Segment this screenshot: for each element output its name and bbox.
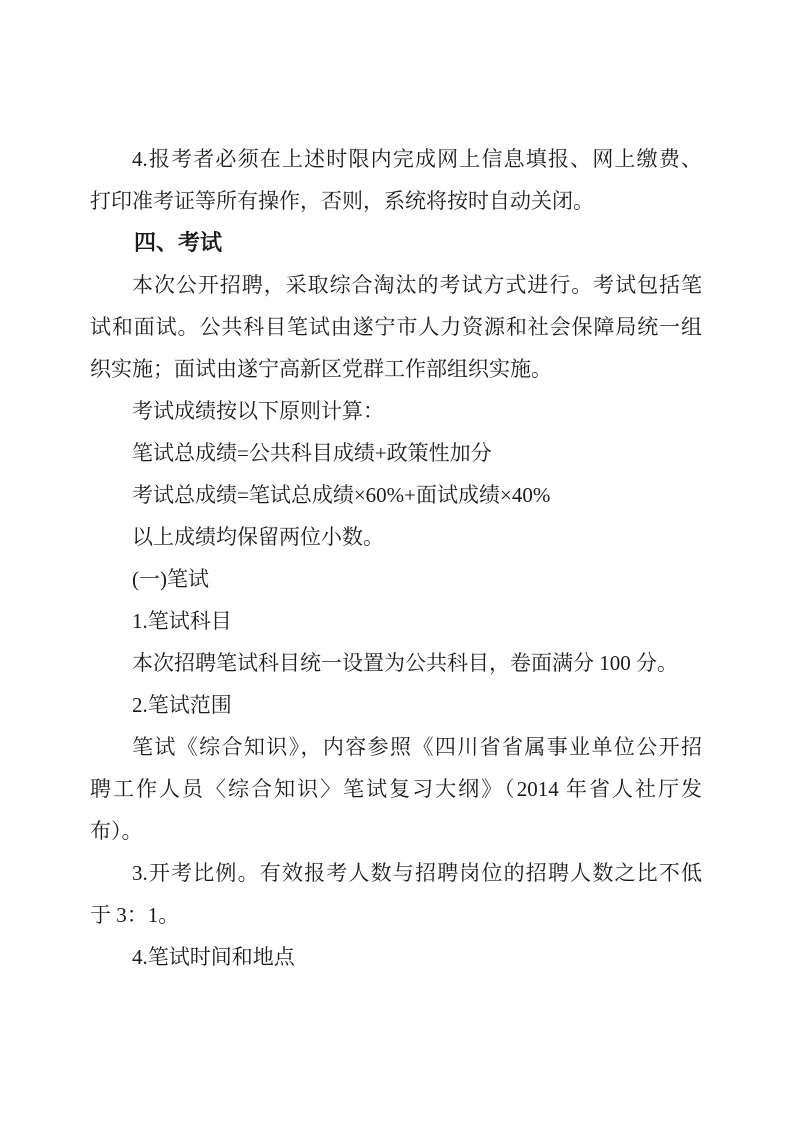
text-line: 聘工作人员〈综合知识〉笔试复习大纲》（2014 年省人社厅发 <box>90 768 702 810</box>
text-line: 织实施；面试由遂宁高新区党群工作部组织实施。 <box>90 348 702 390</box>
paragraph: 以上成绩均保留两位小数。 <box>90 516 702 558</box>
paragraph: 考试总成绩=笔试总成绩×60%+面试成绩×40% <box>90 474 702 516</box>
text-line: 考试总成绩=笔试总成绩×60%+面试成绩×40% <box>90 474 702 516</box>
text-line: 打印准考证等所有操作，否则，系统将按时自动关闭。 <box>90 180 702 222</box>
paragraph: 考试成绩按以下原则计算： <box>90 390 702 432</box>
text-line: 笔试总成绩=公共科目成绩+政策性加分 <box>90 432 702 474</box>
text-line: 4.笔试时间和地点 <box>90 936 702 978</box>
paragraph: 笔试《综合知识》，内容参照《四川省省属事业单位公开招聘工作人员〈综合知识〉笔试复… <box>90 726 702 852</box>
paragraph: 本次公开招聘，采取综合淘汰的考试方式进行。考试包括笔试和面试。公共科目笔试由遂宁… <box>90 264 702 390</box>
paragraph: 笔试总成绩=公共科目成绩+政策性加分 <box>90 432 702 474</box>
text-line: 本次公开招聘，采取综合淘汰的考试方式进行。考试包括笔 <box>90 264 702 306</box>
paragraph: 3.开考比例。有效报考人数与招聘岗位的招聘人数之比不低于 3：1。 <box>90 852 702 936</box>
text-line: (一)笔试 <box>90 558 702 600</box>
text-line: 1.笔试科目 <box>90 600 702 642</box>
text-line: 四、考试 <box>90 222 702 264</box>
text-line: 试和面试。公共科目笔试由遂宁市人力资源和社会保障局统一组 <box>90 306 702 348</box>
paragraph: (一)笔试 <box>90 558 702 600</box>
text-line: 布）。 <box>90 810 702 852</box>
paragraph: 2.笔试范围 <box>90 684 702 726</box>
document-page: 4.报考者必须在上述时限内完成网上信息填报、网上缴费、打印准考证等所有操作，否则… <box>0 0 793 1122</box>
document-body: 4.报考者必须在上述时限内完成网上信息填报、网上缴费、打印准考证等所有操作，否则… <box>90 138 702 978</box>
text-line: 笔试《综合知识》，内容参照《四川省省属事业单位公开招 <box>90 726 702 768</box>
text-line: 以上成绩均保留两位小数。 <box>90 516 702 558</box>
paragraph: 4.笔试时间和地点 <box>90 936 702 978</box>
text-line: 3.开考比例。有效报考人数与招聘岗位的招聘人数之比不低 <box>90 852 702 894</box>
text-line: 于 3：1。 <box>90 894 702 936</box>
text-line: 2.笔试范围 <box>90 684 702 726</box>
text-line: 4.报考者必须在上述时限内完成网上信息填报、网上缴费、 <box>90 138 702 180</box>
text-line: 本次招聘笔试科目统一设置为公共科目，卷面满分 100 分。 <box>90 642 702 684</box>
section-heading: 四、考试 <box>90 222 702 264</box>
paragraph: 4.报考者必须在上述时限内完成网上信息填报、网上缴费、打印准考证等所有操作，否则… <box>90 138 702 222</box>
paragraph: 1.笔试科目 <box>90 600 702 642</box>
paragraph: 本次招聘笔试科目统一设置为公共科目，卷面满分 100 分。 <box>90 642 702 684</box>
text-line: 考试成绩按以下原则计算： <box>90 390 702 432</box>
